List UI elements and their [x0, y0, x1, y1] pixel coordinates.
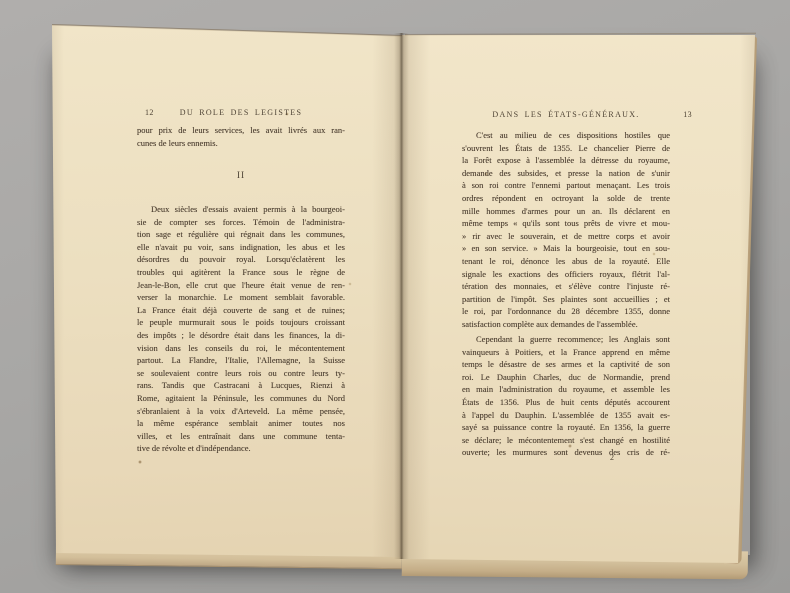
- right-paragraph-1: C'est au milieu de ces dispositions host…: [462, 129, 670, 331]
- text-line: des impôts ; le désordre était dans les …: [137, 329, 345, 342]
- text-line: tenant le roi, dénonce les abus de la ro…: [462, 255, 670, 268]
- text-line: Cependant la guerre recommence; les Angl…: [462, 333, 670, 346]
- text-line: la même espérance semblait animer toutes…: [137, 417, 345, 430]
- text-line: satisfaction complète aux demandes de l'…: [462, 318, 670, 331]
- text-line: ordres répondent en octroyant la solde d…: [462, 192, 670, 205]
- text-line: » en son service. » Mais la bourgeoisie,…: [462, 242, 670, 255]
- text-line: vision dans les conseils du roi, le méco…: [137, 342, 345, 355]
- gutter-shadow: [394, 33, 409, 559]
- text-line: partition de l'impôt. Ses plaintes sont …: [462, 293, 670, 306]
- text-line: tive de révolte et d'indépendance.: [137, 442, 345, 455]
- left-running-head: DU ROLE DES LEGISTES: [137, 108, 345, 117]
- right-page-header: DANS LES ÉTATS-GÉNÉRAUX. 13: [462, 110, 692, 122]
- right-page: DANS LES ÉTATS-GÉNÉRAUX. 13 C'est au mil…: [402, 22, 758, 577]
- left-continuation-paragraph: pour prix de leurs services, les avait l…: [137, 124, 345, 149]
- text-line: elle n'avait pu voir, sans indignation, …: [137, 241, 345, 254]
- right-page-number: 13: [683, 110, 692, 119]
- left-page: 12 DU ROLE DES LEGISTES pour prix de leu…: [50, 22, 402, 567]
- text-line: se soulevaient contre leurs rois ou cont…: [137, 367, 345, 380]
- signature-mark: 2: [600, 453, 624, 462]
- text-line: verser la monarchie. Le moment semblait …: [137, 291, 345, 304]
- left-page-header: 12 DU ROLE DES LEGISTES: [137, 108, 345, 120]
- text-line: le peuple murmurait sous le poids toujou…: [137, 316, 345, 329]
- right-paragraph-2: Cependant la guerre recommence; les Angl…: [462, 333, 670, 459]
- open-book: 12 DU ROLE DES LEGISTES pour prix de leu…: [0, 0, 790, 593]
- text-line: désordres du pouvoir royal. Lorsqu'éclat…: [137, 253, 345, 266]
- text-line: à l'appel du Dauphin. L'assemblée de 135…: [462, 409, 670, 422]
- text-line: ouverte; les murmures sont devenus des c…: [462, 446, 670, 459]
- text-line: tion sage et régulière qui régnait dans …: [137, 228, 345, 241]
- text-line: tération des monnaies, et s'élève contre…: [462, 280, 670, 293]
- text-line: s'ébranlaient à la voix d'Arteveld. La m…: [137, 405, 345, 418]
- text-line: villes, et les entraînait dans une commu…: [137, 430, 345, 443]
- text-line: à son roi contre l'ennemi partout menaça…: [462, 179, 670, 192]
- text-line: rans. Tandis que Castracani à Lucques, R…: [137, 379, 345, 392]
- text-line: temps le désastre de ses armes et la cap…: [462, 358, 670, 371]
- text-line: en main l'administration du royaume, et …: [462, 383, 670, 396]
- text-line: Jean-le-Bon, elle crut que l'heure était…: [137, 279, 345, 292]
- text-line: même temps « qu'ils sont tous prêts de v…: [462, 217, 670, 230]
- text-line: signale les exactions des officiers roya…: [462, 268, 670, 281]
- section-heading: II: [137, 171, 345, 181]
- text-line: roi. Le Dauphin Charles, duc de Normandi…: [462, 371, 670, 384]
- text-line: sie de compter ses forces. Témoin de l'a…: [137, 216, 345, 229]
- left-main-paragraph: Deux siècles d'essais avaient permis à l…: [137, 203, 345, 455]
- text-line: » rir avec le souverain, et de mettre co…: [462, 230, 670, 243]
- text-line: s'ouvrent les États de 1355. Le chanceli…: [462, 142, 670, 155]
- right-running-head: DANS LES ÉTATS-GÉNÉRAUX.: [462, 110, 670, 119]
- text-line: le roi, par l'ordonnance du 28 décembre …: [462, 305, 670, 318]
- text-line: pour prix de leurs services, les avait l…: [137, 124, 345, 137]
- text-line: cunes de leurs ennemis.: [137, 137, 345, 150]
- text-line: se déclare; le mécontentement s'est chan…: [462, 434, 670, 447]
- text-line: États de 1356. Plus de huit cents député…: [462, 396, 670, 409]
- text-line: Deux siècles d'essais avaient permis à l…: [137, 203, 345, 216]
- text-line: la Forêt expose à l'assemblée la détress…: [462, 154, 670, 167]
- text-line: mille hommes d'armes pour un an. Ils déc…: [462, 205, 670, 218]
- text-line: sayé sa puissance contre la royauté. En …: [462, 421, 670, 434]
- text-line: C'est au milieu de ces dispositions host…: [462, 129, 670, 142]
- text-line: Rome, agitaient la Péninsule, les commun…: [137, 392, 345, 405]
- text-line: troubles qui agitèrent la France sous le…: [137, 266, 345, 279]
- text-line: La France était déjà couverte de sang et…: [137, 304, 345, 317]
- photo-backdrop: 12 DU ROLE DES LEGISTES pour prix de leu…: [0, 0, 790, 593]
- text-line: partout. La Flandre, l'Italie, l'Allemag…: [137, 354, 345, 367]
- text-line: vainqueurs à Poitiers, et la France appr…: [462, 346, 670, 359]
- text-line: demande des subsides, et presse la natio…: [462, 167, 670, 180]
